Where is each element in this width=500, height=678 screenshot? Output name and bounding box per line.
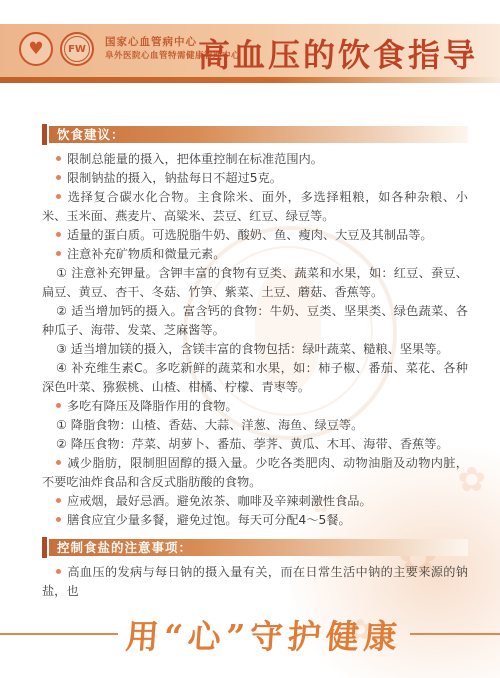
list-item-text: ① 降脂食物：山楂、香菇、大蒜、洋葱、海鱼、绿豆等。 [56, 418, 363, 432]
list-item-text: 选择复合碳水化合物。主食除米、面外，多选择粗粮，如各种杂粮、小米、玉米面、燕麦片… [42, 190, 468, 223]
bullet-icon [56, 569, 61, 574]
list-item: ① 降脂食物：山楂、香菇、大蒜、洋葱、海鱼、绿豆等。 [42, 416, 468, 435]
list-item: ② 降压食物：芹菜、胡萝卜、番茄、荸荠、黄瓜、木耳、海带、香蕉等。 [42, 435, 468, 454]
heart-icon: ♥ [28, 41, 43, 58]
section-title: 饮食建议： [49, 126, 468, 143]
list-item-text: 注意补充矿物质和微量元素。 [67, 247, 225, 261]
bullet-icon [56, 232, 61, 237]
list-item-text: 限制钠盐的摄入，钠盐每日不超过5克。 [67, 171, 282, 185]
bullet-icon [56, 251, 61, 256]
list-item-text: 膳食应宜少量多餐，避免过饱。每天可分配4～5餐。 [67, 513, 351, 527]
fuwai-hospital-logo-icon: FW [60, 32, 94, 66]
fuwai-logo-text: FW [64, 36, 90, 62]
list-item-text: ② 适当增加钙的摄入。富含钙的食物：牛奶、豆类、坚果类、绿色蔬菜、各种瓜子、海带… [42, 304, 468, 337]
content: 饮食建议：限制总能量的摄入，把体重控制在标准范围内。限制钠盐的摄入，钠盐每日不超… [42, 126, 468, 601]
list-item-text: 应戒烟，最好忌酒。避免浓茶、咖啡及辛辣刺激性食品。 [67, 494, 372, 508]
list-item: 应戒烟，最好忌酒。避免浓茶、咖啡及辛辣刺激性食品。 [42, 492, 468, 511]
list-item-text: ④ 补充维生素C。多吃新鲜的蔬菜和水果，如：柿子椒、番茄、菜花、各种深色叶菜、猕… [42, 361, 468, 394]
list-item: 注意补充矿物质和微量元素。 [42, 245, 468, 264]
bullet-icon [56, 194, 61, 199]
list-item: ④ 补充维生素C。多吃新鲜的蔬菜和水果，如：柿子椒、番茄、菜花、各种深色叶菜、猕… [42, 359, 468, 397]
list-item-text: 适量的蛋白质。可选脱脂牛奶、酸奶、鱼、瘦肉、大豆及其制品等。 [67, 228, 433, 242]
list-item-text: ② 降压食物：芹菜、胡萝卜、番茄、荸荠、黄瓜、木耳、海带、香蕉等。 [56, 437, 449, 451]
list-item: ② 适当增加钙的摄入。富含钙的食物：牛奶、豆类、坚果类、绿色蔬菜、各种瓜子、海带… [42, 302, 468, 340]
header-band: ♥ FW 国家心血管病中心 阜外医院心血管特需健康管理中心 高血压的饮食指导 [0, 24, 500, 77]
section-title: 控制食盐的注意事项： [49, 539, 468, 556]
list-item: 膳食应宜少量多餐，避免过饱。每天可分配4～5餐。 [42, 511, 468, 530]
list-item: ① 注意补充钾量。含钾丰富的食物有豆类、蔬菜和水果，如：红豆、蚕豆、扁豆、黄豆、… [42, 264, 468, 302]
list-item-text: 减少脂肪，限制胆固醇的摄入量。少吃各类肥肉、动物油脂及动物内脏，不要吃油炸食品和… [42, 456, 468, 489]
section-heading: 控制食盐的注意事项： [42, 539, 468, 556]
list-item: 限制总能量的摄入，把体重控制在标准范围内。 [42, 150, 468, 169]
bullet-icon [56, 498, 61, 503]
bullet-icon [56, 156, 61, 161]
list-item: 多吃有降压及降脂作用的食物。 [42, 397, 468, 416]
section-accent-bar [42, 537, 47, 558]
bullet-icon [56, 517, 61, 522]
bullet-icon [56, 403, 61, 408]
section-accent-bar [42, 124, 47, 145]
header-divider [0, 77, 500, 83]
list-item-text: 高血压的发病与每日钠的摄入量有关，而在日常生活中钠的主要来源的钠盐，也 [42, 565, 468, 598]
list-item-text: 多吃有降压及降脂作用的食物。 [67, 399, 238, 413]
list-item: 减少脂肪，限制胆固醇的摄入量。少吃各类肥肉、动物油脂及动物内脏，不要吃油炸食品和… [42, 454, 468, 492]
logo-group: ♥ FW [19, 32, 94, 66]
bullet-icon [56, 175, 61, 180]
footer-rule-right [410, 633, 500, 635]
list-item: ③ 适当增加镁的摄入，含镁丰富的食物包括：绿叶蔬菜、糙粮、坚果等。 [42, 340, 468, 359]
national-cardio-center-logo-icon: ♥ [19, 32, 53, 66]
list-item: 高血压的发病与每日钠的摄入量有关，而在日常生活中钠的主要来源的钠盐，也 [42, 563, 468, 601]
list-item: 适量的蛋白质。可选脱脂牛奶、酸奶、鱼、瘦肉、大豆及其制品等。 [42, 226, 468, 245]
list-item-text: ① 注意补充钾量。含钾丰富的食物有豆类、蔬菜和水果，如：红豆、蚕豆、扁豆、黄豆、… [42, 266, 468, 299]
leaflet-page: ♥ FW 国家心血管病中心 阜外医院心血管特需健康管理中心 高血压的饮食指导 ✿… [0, 0, 500, 678]
footer-rule-left [0, 633, 118, 635]
list-item-text: 限制总能量的摄入，把体重控制在标准范围内。 [67, 152, 323, 166]
footer-slogan: 用“心”守护健康 [124, 611, 403, 658]
page-title: 高血压的饮食指导 [198, 30, 478, 76]
bullet-icon [56, 460, 61, 465]
section-heading: 饮食建议： [42, 126, 468, 143]
footer: 用“心”守护健康 [0, 604, 500, 664]
list-item: 选择复合碳水化合物。主食除米、面外，多选择粗粮，如各种杂粮、小米、玉米面、燕麦片… [42, 188, 468, 226]
list-item-text: ③ 适当增加镁的摄入，含镁丰富的食物包括：绿叶蔬菜、糙粮、坚果等。 [56, 342, 449, 356]
list-item: 限制钠盐的摄入，钠盐每日不超过5克。 [42, 169, 468, 188]
